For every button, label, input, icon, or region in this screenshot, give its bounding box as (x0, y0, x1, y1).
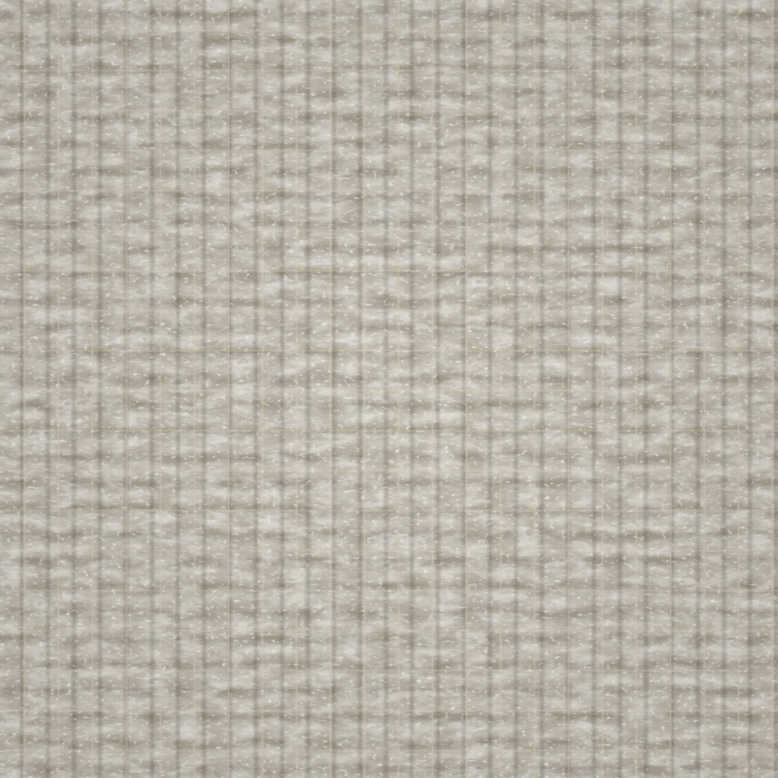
lighting-vignette (0, 0, 778, 778)
fabric-texture: Close-up of woven boucle fabric texture (0, 0, 778, 778)
